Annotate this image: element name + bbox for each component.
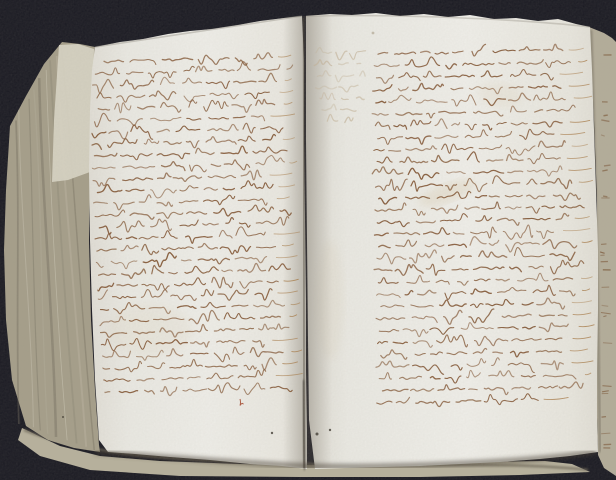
manuscript-scene [0,0,616,480]
paper-grain-texture [0,0,616,480]
manuscript-photo: Photograph of an open bound manuscript r… [0,0,616,480]
